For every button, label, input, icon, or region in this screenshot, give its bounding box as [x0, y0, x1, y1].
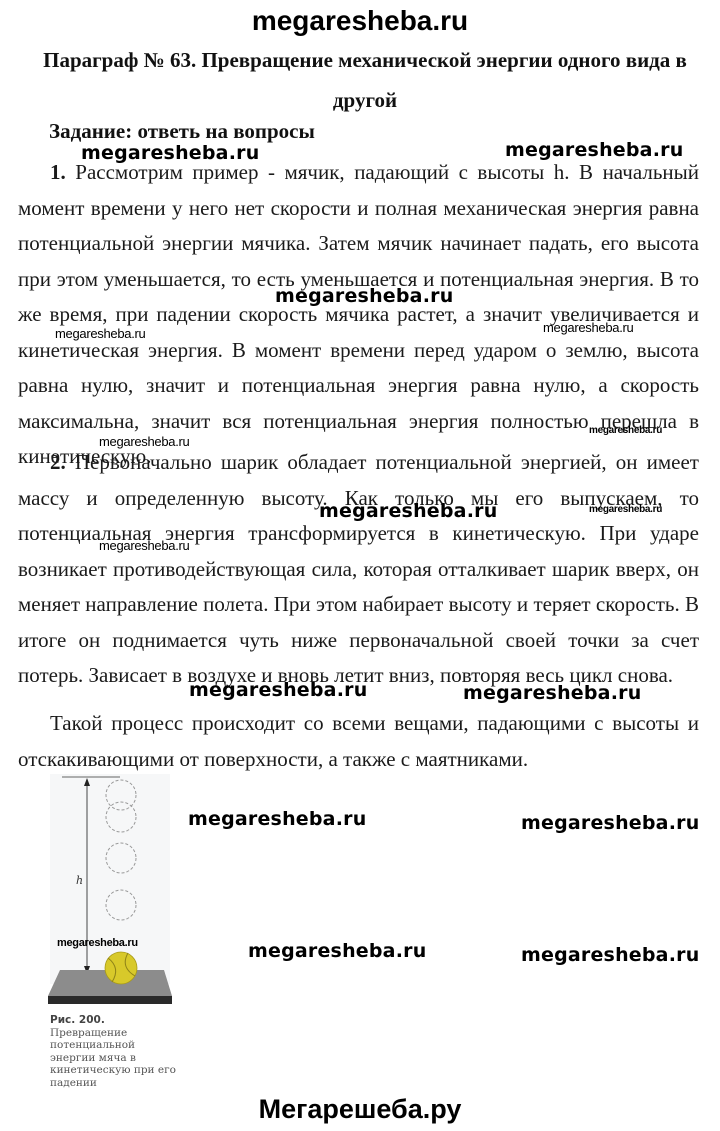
watermark: megaresheba.ru [319, 500, 497, 522]
paragraph-3: Такой процесс происходит со всеми вещами… [18, 706, 699, 777]
watermark: megaresheba.ru [248, 940, 426, 962]
figure-caption-text: Превращение потенциальной энергии мяча в… [50, 1027, 176, 1089]
paragraph-text: Первоначально шарик обладает потенциальн… [18, 450, 699, 687]
falling-ball-illustration-icon [42, 770, 182, 1010]
watermark: megaresheba.ru [188, 808, 366, 830]
page-title: Параграф № 63. Превращение механической … [40, 40, 690, 120]
watermark: megaresheba.ru [99, 434, 189, 449]
figure-caption: Рис. 200. Превращение потенциальной энер… [50, 1014, 180, 1089]
watermark: megaresheba.ru [57, 937, 138, 949]
paragraph-number: 1. [50, 160, 66, 184]
watermark: megaresheba.ru [521, 812, 699, 834]
site-header: megaresheba.ru [0, 4, 720, 38]
watermark: megaresheba.ru [99, 538, 189, 553]
footer-site-name: Мегарешеба.ру [0, 1092, 720, 1126]
height-label: h [76, 874, 83, 887]
watermark: megaresheba.ru [589, 504, 662, 515]
watermark: megaresheba.ru [81, 142, 259, 164]
paragraph-number: 2. [50, 450, 66, 474]
task-heading: Задание: ответь на вопросы [49, 118, 315, 144]
watermark: megaresheba.ru [589, 425, 662, 436]
watermark: megaresheba.ru [521, 944, 699, 966]
paragraph-2: 2. Первоначально шарик обладает потенциа… [18, 445, 699, 694]
watermark: megaresheba.ru [543, 320, 633, 335]
paragraph-text: Рассмотрим пример - мячик, падающий с вы… [18, 160, 699, 468]
watermark: megaresheba.ru [463, 682, 641, 704]
watermark: megaresheba.ru [505, 139, 683, 161]
figure-caption-label: Рис. 200. [50, 1014, 105, 1026]
watermark: megaresheba.ru [55, 326, 145, 341]
watermark: megaresheba.ru [275, 285, 453, 307]
watermark: megaresheba.ru [189, 679, 367, 701]
figure-falling-ball: h Рис. 200. Превращение потенциальной эн… [42, 770, 182, 1075]
paragraph-text: Такой процесс происходит со всеми вещами… [18, 711, 699, 771]
